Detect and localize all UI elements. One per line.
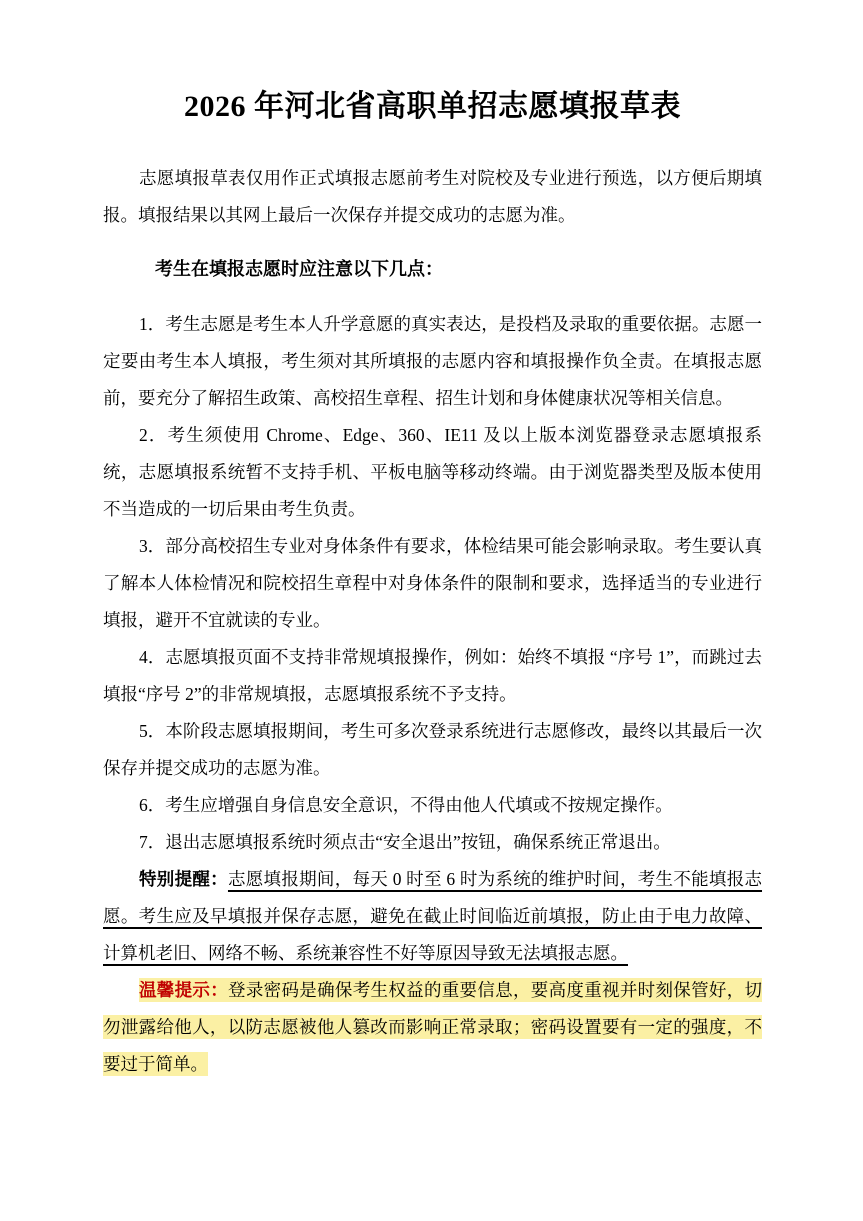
warm-tip-paragraph: 温馨提示：登录密码是确保考生权益的重要信息，要高度重视并时刻保管好，切勿泄露给他… — [103, 972, 762, 1083]
notice-heading: 考生在填报志愿时应注意以下几点： — [103, 251, 762, 288]
notice-point-6: 6．考生应增强自身信息安全意识，不得由他人代填或不按规定操作。 — [103, 787, 762, 824]
notice-point-2: 2．考生须使用 Chrome、Edge、360、IE11 及以上版本浏览器登录志… — [103, 417, 762, 528]
notice-point-4: 4．志愿填报页面不支持非常规填报操作，例如：始终不填报 “序号 1”，而跳过去填… — [103, 639, 762, 713]
special-reminder-label: 特别提醒： — [139, 869, 228, 889]
document-page: 2026 年河北省高职单招志愿填报草表 志愿填报草表仅用作正式填报志愿前考生对院… — [0, 0, 863, 1221]
document-title: 2026 年河北省高职单招志愿填报草表 — [103, 86, 762, 128]
warm-tip-label: 温馨提示： — [139, 980, 228, 1000]
intro-paragraph: 志愿填报草表仅用作正式填报志愿前考生对院校及专业进行预选，以方便后期填报。填报结… — [103, 160, 762, 234]
warm-tip-highlight: 温馨提示：登录密码是确保考生权益的重要信息，要高度重视并时刻保管好，切勿泄露给他… — [103, 978, 762, 1076]
notice-point-3: 3．部分高校招生专业对身体条件有要求，体检结果可能会影响录取。考生要认真了解本人… — [103, 528, 762, 639]
document-content: 2026 年河北省高职单招志愿填报草表 志愿填报草表仅用作正式填报志愿前考生对院… — [103, 0, 762, 1083]
notice-point-1: 1．考生志愿是考生本人升学意愿的真实表达，是投档及录取的重要依据。志愿一定要由考… — [103, 306, 762, 417]
special-reminder-paragraph: 特别提醒：志愿填报期间，每天 0 时至 6 时为系统的维护时间，考生不能填报志愿… — [103, 861, 762, 972]
notice-point-7: 7．退出志愿填报系统时须点击“安全退出”按钮，确保系统正常退出。 — [103, 824, 762, 861]
notice-point-5: 5．本阶段志愿填报期间，考生可多次登录系统进行志愿修改，最终以其最后一次保存并提… — [103, 713, 762, 787]
